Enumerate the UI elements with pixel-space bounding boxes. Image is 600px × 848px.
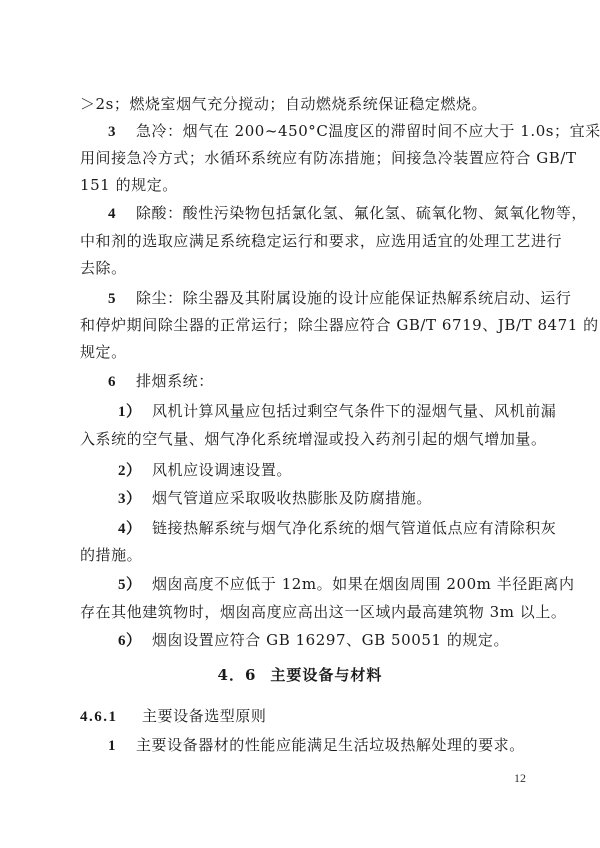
line-text: 排烟系统： <box>136 372 214 390</box>
line-text: 风机计算风量应包括过剩空气条件下的湿烟气量、风机前漏 <box>152 402 556 420</box>
item-number: 3 <box>108 122 136 142</box>
list-item-1: 1主要设备器材的性能应能满足生活垃圾热解处理的要求。 <box>108 735 568 756</box>
document-page: ＞2s；燃烧室烟气充分搅动；自动燃烧系统保证稳定燃烧。 3急冷：烟气在 200~… <box>0 0 600 848</box>
line-text: 主要设备器材的性能应能满足生活垃圾热解处理的要求。 <box>136 736 525 754</box>
line-text: 入系统的空气量、烟气净化系统增湿或投入药剂引起的烟气增加量。 <box>80 430 547 448</box>
list-item-4: 4除酸：酸性污染物包括氯化氢、氟化氢、硫氧化物、氮氧化物等， <box>108 203 568 224</box>
clause-heading: 4.6.1主要设备选型原则 <box>80 706 266 727</box>
line-text: 规定。 <box>80 343 127 361</box>
paragraph-line: 151 的规定。 <box>80 175 540 195</box>
paragraph-line: 和停炉期间除尘器的正常运行；除尘器应符合 GB/T 6719、JB/T 8471… <box>80 315 540 335</box>
sub-item-6: 6）烟囱设置应符合 GB 16297、GB 50051 的规定。 <box>118 630 578 651</box>
page-number: 12 <box>514 771 526 786</box>
line-text: 烟囱高度不应低于 12m。如果在烟囱周围 200m 半径距离内 <box>152 575 575 593</box>
paragraph-line: 规定。 <box>80 342 540 362</box>
sub-item-number: 6） <box>118 631 152 651</box>
line-text: 除酸：酸性污染物包括氯化氢、氟化氢、硫氧化物、氮氧化物等， <box>136 204 587 222</box>
sub-item-number: 3） <box>118 489 152 509</box>
line-text: 去除。 <box>80 259 127 277</box>
paragraph-line: 中和剂的选取应满足系统稳定运行和要求，应选用适宜的处理工艺进行 <box>80 231 540 251</box>
line-text: ＞2s；燃烧室烟气充分搅动；自动燃烧系统保证稳定燃烧。 <box>80 95 487 113</box>
paragraph-line: 用间接急冷方式；水循环系统应有防冻措施；间接急冷装置应符合 GB/T <box>80 148 540 168</box>
item-number: 5 <box>108 289 136 309</box>
line-text: 烟气管道应采取吸收热膨胀及防腐措施。 <box>152 489 432 507</box>
item-number: 4 <box>108 204 136 224</box>
sub-item-2: 2）风机应设调速设置。 <box>118 460 578 481</box>
sub-item-3: 3）烟气管道应采取吸收热膨胀及防腐措施。 <box>118 488 578 509</box>
line-text: 风机应设调速设置。 <box>152 461 292 479</box>
paragraph-line: 的措施。 <box>80 545 540 565</box>
list-item-3: 3急冷：烟气在 200~450°C温度区的滞留时间不应大于 1.0s；宜采 <box>108 121 568 142</box>
paragraph-line: ＞2s；燃烧室烟气充分搅动；自动燃烧系统保证稳定燃烧。 <box>80 94 540 114</box>
line-text: 烟囱设置应符合 GB 16297、GB 50051 的规定。 <box>152 631 509 649</box>
sub-item-1: 1）风机计算风量应包括过剩空气条件下的湿烟气量、风机前漏 <box>118 401 578 422</box>
sub-item-number: 4） <box>118 519 152 539</box>
line-text: 和停炉期间除尘器的正常运行；除尘器应符合 GB/T 6719、JB/T 8471… <box>80 316 599 334</box>
item-number: 6 <box>108 372 136 392</box>
section-title: 主要设备与材料 <box>270 666 382 684</box>
paragraph-line: 入系统的空气量、烟气净化系统增湿或投入药剂引起的烟气增加量。 <box>80 429 540 449</box>
sub-item-5: 5）烟囱高度不应低于 12m。如果在烟囱周围 200m 半径距离内 <box>118 574 578 595</box>
section-heading: 4．6主要设备与材料 <box>0 665 600 685</box>
sub-item-number: 5） <box>118 575 152 595</box>
list-item-6: 6排烟系统： <box>108 371 568 392</box>
list-item-5: 5除尘：除尘器及其附属设施的设计应能保证热解系统启动、运行 <box>108 288 568 309</box>
clause-title: 主要设备选型原则 <box>142 707 266 725</box>
item-number: 1 <box>108 736 136 756</box>
sub-item-number: 1） <box>118 402 152 422</box>
sub-item-number: 2） <box>118 461 152 481</box>
line-text: 急冷：烟气在 200~450°C温度区的滞留时间不应大于 1.0s；宜采 <box>136 122 600 140</box>
line-text: 的措施。 <box>80 546 142 564</box>
sub-item-4: 4）链接热解系统与烟气净化系统的烟气管道低点应有清除积灰 <box>118 518 578 539</box>
clause-number: 4.6.1 <box>80 707 142 727</box>
line-text: 用间接急冷方式；水循环系统应有防冻措施；间接急冷装置应符合 GB/T <box>80 149 577 167</box>
paragraph-line: 存在其他建筑物时，烟囱高度应高出这一区域内最高建筑物 3m 以上。 <box>80 602 540 622</box>
line-text: 中和剂的选取应满足系统稳定运行和要求，应选用适宜的处理工艺进行 <box>80 232 562 250</box>
line-text: 151 的规定。 <box>80 176 178 194</box>
line-text: 链接热解系统与烟气净化系统的烟气管道低点应有清除积灰 <box>152 519 556 537</box>
section-number: 4．6 <box>218 666 257 684</box>
line-text: 存在其他建筑物时，烟囱高度应高出这一区域内最高建筑物 3m 以上。 <box>80 603 566 621</box>
paragraph-line: 去除。 <box>80 258 540 278</box>
line-text: 除尘：除尘器及其附属设施的设计应能保证热解系统启动、运行 <box>136 289 571 307</box>
